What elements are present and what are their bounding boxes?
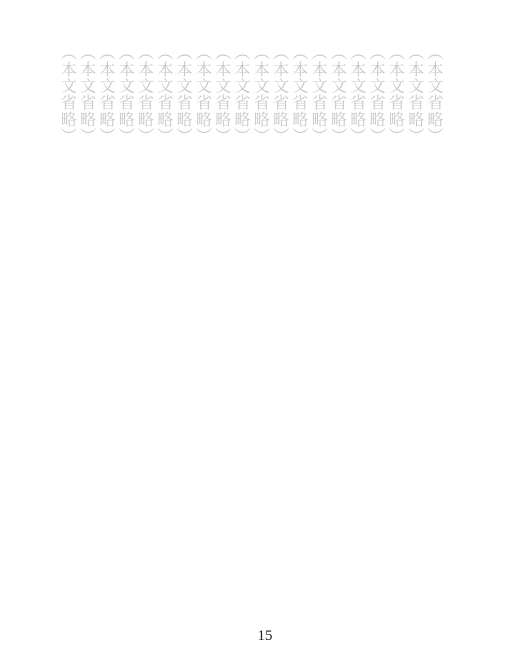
text-column: （本文省略） <box>58 44 77 610</box>
text-column: （本文省略） <box>328 44 347 610</box>
page-number: 15 <box>0 628 530 645</box>
text-column: （本文省略） <box>270 44 289 610</box>
text-column: （本文省略） <box>116 44 135 610</box>
text-column: （本文省略） <box>232 44 251 610</box>
text-column: （本文省略） <box>135 44 154 610</box>
text-column: （本文省略） <box>97 44 116 610</box>
text-column: （本文省略） <box>193 44 212 610</box>
text-column: （本文省略） <box>348 44 367 610</box>
text-column: （本文省略） <box>290 44 309 610</box>
text-column: （本文省略） <box>425 44 444 610</box>
text-column: （本文省略） <box>309 44 328 610</box>
document-page: （本文省略） （本文省略） （本文省略） （本文省略） （本文省略） （本文省略… <box>0 0 530 660</box>
text-column: （本文省略） <box>212 44 231 610</box>
body-text: （本文省略） （本文省略） （本文省略） （本文省略） （本文省略） （本文省略… <box>44 44 444 610</box>
text-column: （本文省略） <box>367 44 386 610</box>
text-column: （本文省略） <box>174 44 193 610</box>
text-column: （本文省略） <box>405 44 424 610</box>
text-column: （本文省略） <box>155 44 174 610</box>
text-column: （本文省略） <box>77 44 96 610</box>
text-column: （本文省略） <box>386 44 405 610</box>
text-column: （本文省略） <box>251 44 270 610</box>
